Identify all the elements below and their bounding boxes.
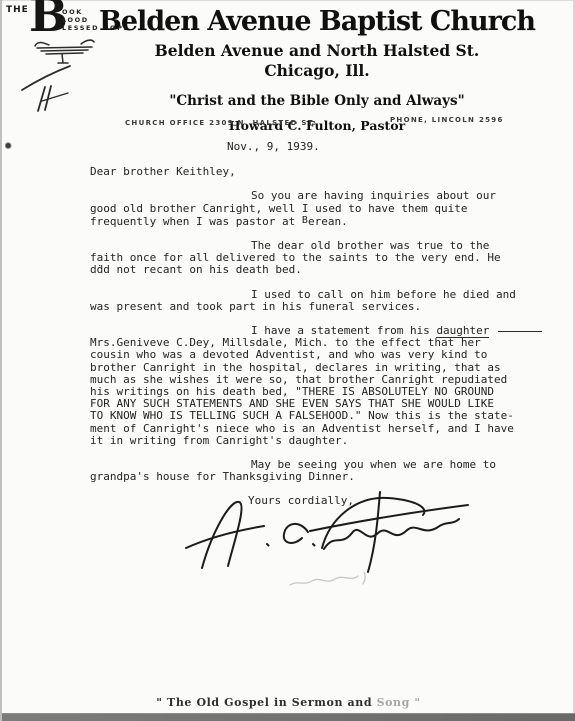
paragraph-2: The dear old brother was true to the fai… (90, 240, 528, 277)
p1-line3-post: erean. (308, 215, 348, 228)
church-city: Chicago, Ill. (97, 61, 537, 80)
church-phone: PHONE, LINCOLN 2596 (390, 116, 504, 124)
scan-bottom-edge (2, 713, 575, 721)
letter-date: Nov., 9, 1939. (90, 141, 528, 153)
letter-body: Nov., 9, 1939. Dear brother Keithley, So… (90, 141, 528, 508)
paragraph-1: So you are having inquiries about our go… (90, 190, 528, 228)
p4-line1-pre: I have a statement from his (251, 324, 436, 337)
paragraph-3: I used to call on him before he died and… (90, 289, 528, 313)
p4-line4: brother Canright in the hospital, declar… (90, 362, 528, 374)
underline-extension (498, 331, 542, 332)
church-office-address: CHURCH OFFICE 2309 N. HALSTED ST. (125, 119, 317, 127)
church-address: Belden Avenue and North Halsted St. (97, 41, 537, 60)
scanned-letter-page: THE B OOK LOOD LESSED HOPE Belden Avenue… (0, 0, 575, 721)
p5-line2: grandpa's house for Thanksgiving Dinner. (90, 471, 528, 483)
p2-line3: dḋd not recant on his death bed. (90, 264, 528, 276)
paragraph-4: I have a statement from his daughter Mrs… (90, 325, 528, 447)
signature-handwriting (172, 486, 482, 598)
p1-line2: good old brother Canright, well I used t… (90, 203, 528, 215)
p3-line2: was present and took part in his funeral… (90, 301, 528, 313)
p1-line3: frequently when I was pastor at Berean. (90, 215, 528, 228)
footer-motto-faded: Song " (377, 696, 421, 709)
church-motto: "Christ and the Bible Only and Always" (97, 93, 537, 109)
footer-motto-main: " The Old Gospel in Sermon and (156, 696, 376, 709)
letter-salutation: Dear brother Keithley, (90, 166, 528, 178)
p4-line3: cousin who was a devoted Adventist, and … (90, 349, 528, 361)
p1-line1: So you are having inquiries about our (90, 190, 528, 202)
letterhead: Belden Avenue Baptist Church Belden Aven… (97, 8, 537, 133)
footer-motto: " The Old Gospel in Sermon and Song " (2, 696, 575, 709)
p4-line8: TO KNOW WHO IS TELLING SUCH A FALSEHOOD.… (90, 410, 528, 422)
p1-line3-pre: frequently when I was pastor at (90, 215, 302, 228)
p3-line1: I used to call on him before he died and (90, 289, 528, 301)
ink-splotch (5, 142, 12, 150)
church-name: Belden Avenue Baptist Church (97, 8, 537, 36)
p4-line10: it in writing from Canright's daughter. (90, 435, 528, 447)
paragraph-5: May be seeing you when we are home to gr… (90, 459, 528, 483)
